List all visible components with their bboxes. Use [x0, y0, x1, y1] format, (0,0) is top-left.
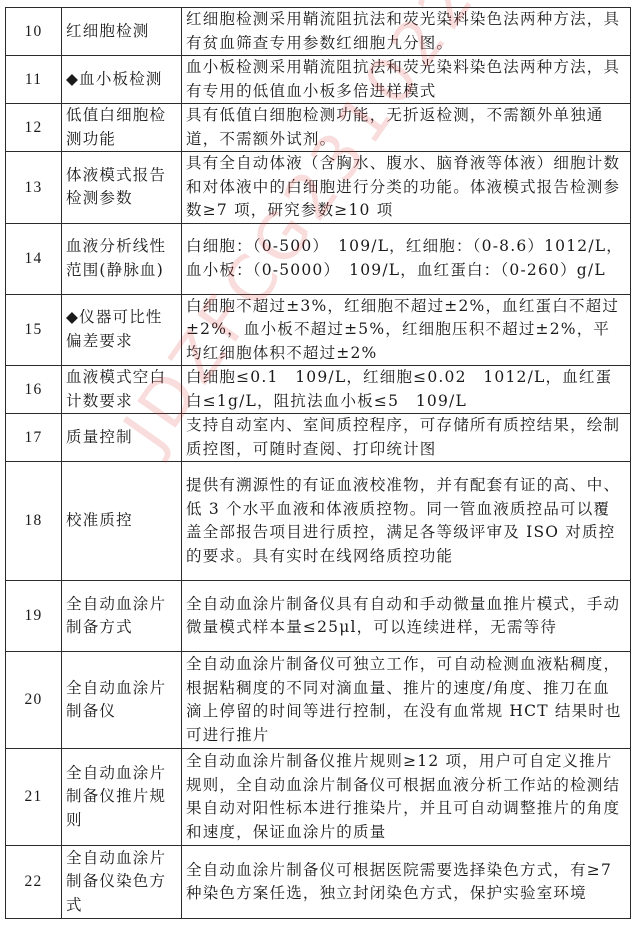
item-name: 血液模式空白计数要求 [62, 366, 182, 414]
item-name: ◆仪器可比性偏差要求 [62, 294, 182, 366]
item-description: 支持自动室内、室间质控程序，可存储所有质控结果，绘制质控图，可随时查阅、打印统计… [182, 414, 631, 462]
row-number: 11 [6, 56, 62, 104]
item-description: 白细胞≤0.1 109/L，红细胞≤0.02 1012/L，血红蛋白≤1g/L，… [182, 366, 631, 414]
table-row: 11 ◆血小板检测 血小板检测采用鞘流阻抗法和荧光染料染色法两种方法，具有专用的… [6, 56, 631, 104]
row-number: 21 [6, 749, 62, 846]
table-row: 15 ◆仪器可比性偏差要求 白细胞不超过±3%，红细胞不超过±2%，血红蛋白不超… [6, 294, 631, 366]
document-page: 10 红细胞检测 红细胞检测采用鞘流阻抗法和荧光染料染色法两种方法，具有贫血筛查… [0, 0, 634, 943]
item-description: 全自动血涂片制备仪可根据医院需要选择染色方式，有≥7 种染色方案任选，独立封闭染… [182, 846, 631, 919]
table-row: 20 全自动血涂片制备仪 全自动血涂片制备仪可独立工作，可自动检测血液粘稠度，根… [6, 652, 631, 749]
item-name: 低值白细胞检测功能 [62, 104, 182, 152]
item-description: 红细胞检测采用鞘流阻抗法和荧光染料染色法两种方法，具有贫血筛查专用参数红细胞九分… [182, 8, 631, 56]
table-row: 18 校准质控 提供有溯源性的有证血液校准物，并有配套有证的高、中、低 3 个水… [6, 462, 631, 581]
item-description: 全自动血涂片制备仪可独立工作，可自动检测血液粘稠度，根据粘稠度的不同对滴血量、推… [182, 652, 631, 749]
item-name: 全自动血涂片制备仪推片规则 [62, 749, 182, 846]
table-row: 13 体液模式报告检测参数 具有全自动体液（含胸水、腹水、脑脊液等体液）细胞计数… [6, 152, 631, 224]
item-name: 全自动血涂片制备仪染色方式 [62, 846, 182, 919]
item-name: 校准质控 [62, 462, 182, 581]
item-name: 血液分析线性范围(静脉血) [62, 223, 182, 294]
spec-table: 10 红细胞检测 红细胞检测采用鞘流阻抗法和荧光染料染色法两种方法，具有贫血筛查… [5, 7, 631, 919]
item-name: ◆血小板检测 [62, 56, 182, 104]
table-row: 21 全自动血涂片制备仪推片规则 全自动血涂片制备仪推片规则≥12 项，用户可自… [6, 749, 631, 846]
item-description: 白细胞不超过±3%，红细胞不超过±2%，血红蛋白不超过±2%，血小板不超过±5%… [182, 294, 631, 366]
row-number: 16 [6, 366, 62, 414]
item-description: 全自动血涂片制备仪具有自动和手动微量血推片模式，手动微量模式样本量≤25μl，可… [182, 581, 631, 652]
item-description: 白细胞：（0-500） 109/L，红细胞：（0-8.6）1012/L，血小板：… [182, 223, 631, 294]
item-description: 全自动血涂片制备仪推片规则≥12 项，用户可自定义推片规则，全自动血涂片制备仪可… [182, 749, 631, 846]
row-number: 22 [6, 846, 62, 919]
row-number: 14 [6, 223, 62, 294]
item-description: 血小板检测采用鞘流阻抗法和荧光染料染色法两种方法，具有专用的低值血小板多倍进样模… [182, 56, 631, 104]
row-number: 20 [6, 652, 62, 749]
table-row: 17 质量控制 支持自动室内、室间质控程序，可存储所有质控结果，绘制质控图，可随… [6, 414, 631, 462]
item-name: 全自动血涂片制备方式 [62, 581, 182, 652]
item-name: 体液模式报告检测参数 [62, 152, 182, 224]
item-description: 具有低值白细胞检测功能，无折返检测，不需额外单独通道，不需额外试剂。 [182, 104, 631, 152]
item-name: 红细胞检测 [62, 8, 182, 56]
item-description: 提供有溯源性的有证血液校准物，并有配套有证的高、中、低 3 个水平血液和体液质控… [182, 462, 631, 581]
table-row: 16 血液模式空白计数要求 白细胞≤0.1 109/L，红细胞≤0.02 101… [6, 366, 631, 414]
table-row: 10 红细胞检测 红细胞检测采用鞘流阻抗法和荧光染料染色法两种方法，具有贫血筛查… [6, 8, 631, 56]
row-number: 13 [6, 152, 62, 224]
item-name: 质量控制 [62, 414, 182, 462]
item-name: 全自动血涂片制备仪 [62, 652, 182, 749]
table-row: 12 低值白细胞检测功能 具有低值白细胞检测功能，无折返检测，不需额外单独通道，… [6, 104, 631, 152]
row-number: 15 [6, 294, 62, 366]
row-number: 17 [6, 414, 62, 462]
row-number: 19 [6, 581, 62, 652]
row-number: 10 [6, 8, 62, 56]
item-description: 具有全自动体液（含胸水、腹水、脑脊液等体液）细胞计数和对体液中的白细胞进行分类的… [182, 152, 631, 224]
row-number: 12 [6, 104, 62, 152]
table-row: 19 全自动血涂片制备方式 全自动血涂片制备仪具有自动和手动微量血推片模式，手动… [6, 581, 631, 652]
table-row: 14 血液分析线性范围(静脉血) 白细胞：（0-500） 109/L，红细胞：（… [6, 223, 631, 294]
table-row: 22 全自动血涂片制备仪染色方式 全自动血涂片制备仪可根据医院需要选择染色方式，… [6, 846, 631, 919]
row-number: 18 [6, 462, 62, 581]
